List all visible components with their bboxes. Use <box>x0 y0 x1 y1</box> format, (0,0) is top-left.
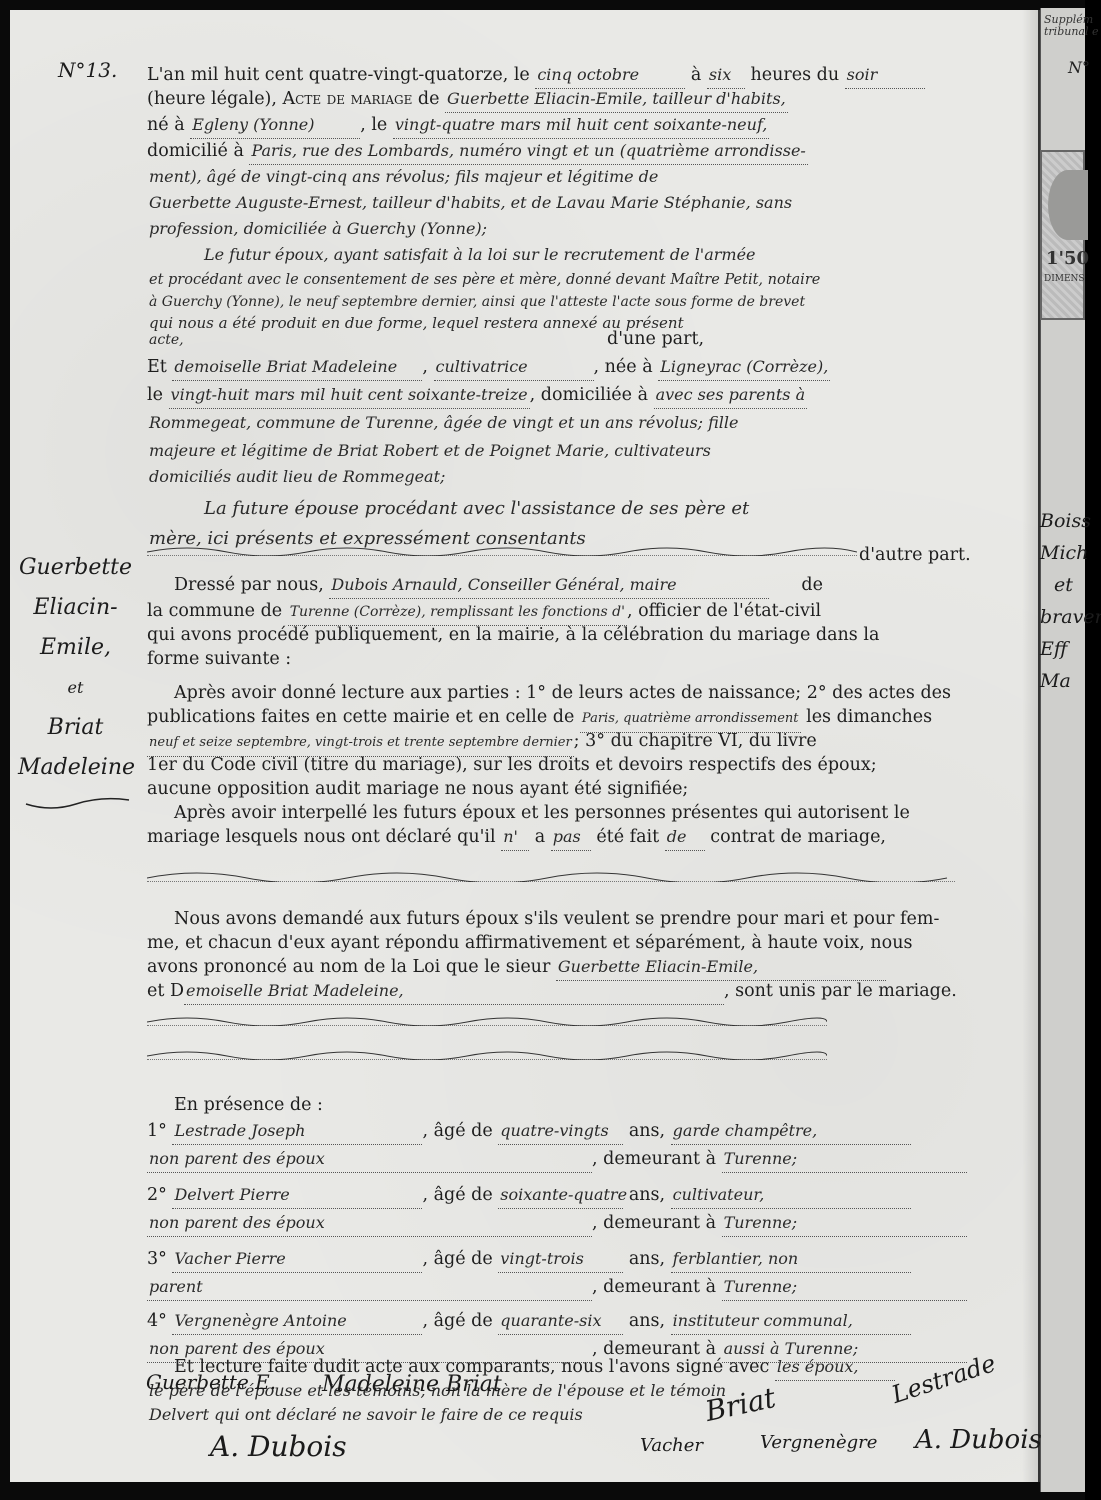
signature-mayor-2: A. Dubois <box>915 1425 1042 1455</box>
line-act-heading: (heure légale), Acte de mariage de Guerb… <box>147 86 788 112</box>
witness-residence: Turenne; <box>722 1274 967 1301</box>
line-printed: qui avons procédé publiquement, en la ma… <box>147 622 879 648</box>
printed-text: et D <box>147 981 184 1001</box>
margin-flourish <box>21 794 131 814</box>
field-bride-domicile: avec ses parents à <box>654 382 808 409</box>
witness-number: 1° <box>147 1121 167 1141</box>
handwritten-text: domiciliés audit lieu de Rommegeat; <box>147 464 447 490</box>
line-printed: me, et chacun d'eux ayant répondu affirm… <box>147 930 912 956</box>
field-contract-de: de <box>665 824 705 851</box>
printed-text: le <box>147 385 169 405</box>
act-number: N°13. <box>58 58 117 82</box>
stamp-label: DIMENS <box>1044 274 1085 284</box>
witness-row-2: non parent des époux, demeurant à Turenn… <box>147 1146 967 1172</box>
adjacent-note-line: Eff Ma <box>1040 633 1100 697</box>
filler-line <box>147 546 857 556</box>
printed-text: ; 3° du chapitre VI, du livre <box>574 731 817 751</box>
printed-text: Nous avons demandé aux futurs époux s'il… <box>174 909 939 929</box>
printed-text: qui avons procédé publiquement, en la ma… <box>147 625 879 645</box>
line-reading: Et lecture faite dudit acte aux comparan… <box>174 1354 895 1380</box>
printed-text: 1er du Code civil (titre du mariage), su… <box>147 755 877 775</box>
witness-row: 2° Delvert Pierre, âgé de soixante-quatr… <box>147 1182 911 1208</box>
line-handwritten: Rommegeat, commune de Turenne, âgée de v… <box>147 410 741 436</box>
act-title: Acte de mariage <box>283 89 413 109</box>
line-handwritten: ment), âgé de vingt-cinq ans révolus; fi… <box>147 164 660 190</box>
field-groom-birthdate: vingt-quatre mars mil huit cent soixante… <box>393 112 770 139</box>
line-handwritten: Delvert qui ont déclaré ne savoir le fai… <box>147 1402 585 1428</box>
line-publications: publications faites en cette mairie et e… <box>147 704 932 730</box>
line-printed: 1er du Code civil (titre du mariage), su… <box>147 752 877 778</box>
witness-occupation: instituteur communal, <box>671 1308 911 1335</box>
printed-text: été fait <box>591 827 665 847</box>
line-handwritten: majeure et légitime de Briat Robert et d… <box>147 438 713 464</box>
printed-text: ans, <box>623 1185 670 1205</box>
field-hour: six <box>707 62 745 89</box>
printed-text: , demeurant à <box>592 1149 722 1169</box>
margin-conjunction: et <box>18 668 133 708</box>
field-contract-neg: n' <box>501 824 529 851</box>
line-groom-domicile: domicilié à Paris, rue des Lombards, num… <box>147 138 808 164</box>
signature-mayor: A. Dubois <box>210 1430 347 1463</box>
signature-vacher: Vacher <box>640 1435 703 1456</box>
witness-occupation: cultivateur, <box>671 1182 911 1209</box>
handwritten-text: Delvert qui ont déclaré ne savoir le fai… <box>147 1402 585 1428</box>
stamp-value: 1'50 <box>1046 248 1089 269</box>
line-contract: mariage lesquels nous ont déclaré qu'il … <box>147 824 886 850</box>
printed-text: , âgé de <box>422 1185 498 1205</box>
margin-bride-surname: Briat <box>18 708 133 748</box>
line-handwritten: Guerbette Auguste-Ernest, tailleur d'hab… <box>147 190 794 216</box>
line-handwritten: profession, domiciliée à Guerchy (Yonne)… <box>147 216 489 242</box>
printed-text: forme suivante : <box>147 649 291 669</box>
witness-age: soixante-quatre <box>498 1182 623 1209</box>
field-contract-pas: pas <box>551 824 591 851</box>
line-handwritten: Le futur époux, ayant satisfait à la loi… <box>202 242 758 268</box>
witness-occupation: garde champêtre, <box>671 1118 911 1145</box>
line-groom-birth: né à Egleny (Yonne), le vingt-quatre mar… <box>147 112 769 138</box>
handwritten-text: qui nous a été produit en due forme, leq… <box>147 310 686 336</box>
line-printed: Après avoir interpellé les futurs époux … <box>174 800 910 826</box>
margin-groom-surname: Guerbette <box>18 548 133 588</box>
line-bride: Et demoiselle Briat Madeleine, cultivatr… <box>147 354 830 380</box>
handwritten-text: majeure et légitime de Briat Robert et d… <box>147 438 713 464</box>
printed-text: Dressé par nous, <box>174 575 329 595</box>
handwritten-text: Rommegeat, commune de Turenne, âgée de v… <box>147 410 741 436</box>
adjacent-page-text-1: Supplém <box>1044 14 1093 25</box>
printed-text: , demeurant à <box>592 1277 722 1297</box>
printed-text: ans, <box>623 1249 670 1269</box>
handwritten-text: profession, domiciliée à Guerchy (Yonne)… <box>147 216 489 242</box>
line-printed: Nous avons demandé aux futurs époux s'il… <box>174 906 939 932</box>
printed-text: , <box>422 357 433 377</box>
adjacent-act-number-label: N° <box>1068 58 1090 77</box>
field-union-bride: emoiselle Briat Madeleine, <box>184 978 724 1005</box>
witness-row: 3° Vacher Pierre, âgé de vingt-trois ans… <box>147 1246 911 1272</box>
witness-age: vingt-trois <box>498 1246 623 1273</box>
field-bride-name: demoiselle Briat Madeleine <box>172 354 422 381</box>
adjacent-margin-note: Boiss Mich et braven Eff Ma <box>1040 505 1100 697</box>
line-bride-birth: le vingt-huit mars mil huit cent soixant… <box>147 382 807 408</box>
witness-number: 3° <box>147 1249 167 1269</box>
witness-row: 4° Vergnenègre Antoine, âgé de quarante-… <box>147 1308 911 1334</box>
witness-age: quarante-six <box>498 1308 623 1335</box>
field-groom-domicile: Paris, rue des Lombards, numéro vingt et… <box>249 138 807 165</box>
printed-text: , domiciliée à <box>530 385 654 405</box>
line-union-groom: avons prononcé au nom de la Loi que le s… <box>147 954 886 980</box>
handwritten-text: La future épouse procédant avec l'assist… <box>202 496 751 522</box>
witness-relation: non parent des époux <box>147 1210 592 1237</box>
witness-residence: Turenne; <box>722 1146 967 1173</box>
field-groom-birthplace: Egleny (Yonne) <box>190 112 360 139</box>
adjacent-note-line: braven <box>1040 601 1100 633</box>
field-bride-birthdate: vingt-huit mars mil huit cent soixante-t… <box>169 382 530 409</box>
printed-text: avons prononcé au nom de la Loi que le s… <box>147 957 556 977</box>
witness-residence: Turenne; <box>722 1210 967 1237</box>
handwritten-text: ment), âgé de vingt-cinq ans révolus; fi… <box>147 164 660 190</box>
stamp-portrait-icon <box>1048 170 1088 240</box>
witness-occupation: ferblantier, non <box>671 1246 911 1273</box>
witness-relation: parent <box>147 1274 592 1301</box>
printed-text: , sont unis par le mariage. <box>724 981 957 1001</box>
field-time-of-day: soir <box>845 62 925 89</box>
printed-text: , âgé de <box>422 1249 498 1269</box>
printed-text: contrat de mariage, <box>705 827 886 847</box>
witness-name: Lestrade Joseph <box>172 1118 422 1145</box>
printed-text: publications faites en cette mairie et e… <box>147 707 580 727</box>
line-first-party-end-2: acte, d'une part, <box>147 326 186 352</box>
handwritten-text: Le futur époux, ayant satisfait à la loi… <box>202 242 758 268</box>
witness-name: Vacher Pierre <box>172 1246 422 1273</box>
adjacent-note-line: Boiss <box>1040 505 1100 537</box>
line-printed: aucune opposition audit mariage ne nous … <box>147 776 688 802</box>
line-printed: forme suivante : <box>147 646 291 672</box>
field-union-groom: Guerbette Eliacin-Emile, <box>556 954 886 981</box>
line-handwritten: domiciliés audit lieu de Rommegeat; <box>147 464 447 490</box>
printed-text: les dimanches <box>801 707 933 727</box>
printed-text: heures du <box>745 65 845 85</box>
witness-age: quatre-vingts <box>498 1118 623 1145</box>
printed-text: , le <box>360 115 393 135</box>
line-union-bride: et Demoiselle Briat Madeleine,, sont uni… <box>147 978 957 1004</box>
witness-number: 2° <box>147 1185 167 1205</box>
printed-text: , âgé de <box>422 1311 498 1331</box>
printed-text: de <box>412 89 445 109</box>
printed-text: à <box>685 65 707 85</box>
printed-text: mariage lesquels nous ont déclaré qu'il <box>147 827 501 847</box>
line-officiant: Dressé par nous, Dubois Arnauld, Conseil… <box>174 572 823 598</box>
page-gutter-shadow <box>1022 10 1040 1482</box>
handwritten-text: acte, <box>147 327 186 353</box>
line-publication-dates: neuf et seize septembre, vingt-trois et … <box>147 728 817 754</box>
printed-text: domicilié à <box>147 141 249 161</box>
printed-text: , née à <box>594 357 659 377</box>
line-printed: En présence de : <box>174 1092 323 1118</box>
printed-text: Et <box>147 357 172 377</box>
printed-text: aucune opposition audit mariage ne nous … <box>147 779 688 799</box>
line-handwritten: La future épouse procédant avec l'assist… <box>202 496 751 522</box>
adjacent-note-line: Mich <box>1040 537 1100 569</box>
field-groom-name: Guerbette Eliacin-Emile, tailleur d'habi… <box>445 86 788 113</box>
filler-line <box>147 1016 827 1026</box>
field-officiant: Dubois Arnauld, Conseiller Général, mair… <box>329 572 769 599</box>
field-bride-occupation: cultivatrice <box>434 354 594 381</box>
line-printed: Après avoir donné lecture aux parties : … <box>174 680 951 706</box>
printed-text: a <box>529 827 551 847</box>
printed-text: En présence de : <box>174 1095 323 1115</box>
filler-line <box>147 1050 827 1060</box>
printed-text: Après avoir interpellé les futurs époux … <box>174 803 910 823</box>
printed-text: né à <box>147 115 190 135</box>
margin-bride-given: Madeleine <box>18 748 133 788</box>
handwritten-text: Guerbette Auguste-Ernest, tailleur d'hab… <box>147 190 794 216</box>
line-first-party-end: qui nous a été produit en due forme, leq… <box>147 310 686 336</box>
printed-text: me, et chacun d'eux ayant répondu affirm… <box>147 933 912 953</box>
signature-bride: Madeleine Briat <box>322 1372 502 1397</box>
field-signatories: les époux, <box>775 1354 895 1381</box>
margin-groom-given-2: Emile, <box>18 628 133 668</box>
margin-groom-given-1: Eliacin- <box>18 588 133 628</box>
line-second-party-end: d'autre part. <box>859 542 971 568</box>
witness-name: Vergnenègre Antoine <box>172 1308 422 1335</box>
line-commune: la commune de Turenne (Corrèze), remplis… <box>147 598 821 624</box>
field-bride-birthplace: Ligneyrac (Corrèze), <box>658 354 830 381</box>
printed-text: ans, <box>623 1311 670 1331</box>
printed-text: d'une part, <box>607 326 704 352</box>
act-number-label: N° <box>58 58 86 82</box>
witness-name: Delvert Pierre <box>172 1182 422 1209</box>
printed-text: L'an mil huit cent quatre-vingt-quatorze… <box>147 65 535 85</box>
printed-text: , demeurant à <box>592 1213 722 1233</box>
printed-text: ans, <box>623 1121 670 1141</box>
printed-text: , âgé de <box>422 1121 498 1141</box>
field-date: cinq octobre <box>535 62 685 89</box>
witness-relation: non parent des époux <box>147 1146 592 1173</box>
act-number-value: 13 <box>86 58 111 82</box>
witness-number: 4° <box>147 1311 167 1331</box>
line-date: L'an mil huit cent quatre-vingt-quatorze… <box>147 62 925 88</box>
adjacent-page-text-2: tribunal e <box>1044 26 1099 37</box>
witness-row-2: parent, demeurant à Turenne; <box>147 1274 967 1300</box>
printed-text: , officier de l'état-civil <box>627 601 821 621</box>
witness-row: 1° Lestrade Joseph, âgé de quatre-vingts… <box>147 1118 911 1144</box>
printed-text: d'autre part. <box>859 545 971 565</box>
margin-spouse-names: Guerbette Eliacin- Emile, et Briat Madel… <box>18 548 133 828</box>
printed-text: de <box>801 575 823 595</box>
printed-text: la commune de <box>147 601 288 621</box>
signature-groom: Guerbette E. <box>146 1370 276 1394</box>
fiscal-stamp: 1'50 DIMENS <box>1040 150 1085 320</box>
signature-vergnenegre: Vergnenègre <box>760 1432 877 1453</box>
filler-line <box>147 872 955 882</box>
printed-text: (heure légale), <box>147 89 283 109</box>
witness-row-2: non parent des époux, demeurant à Turenn… <box>147 1210 967 1236</box>
adjacent-note-line: et <box>1040 569 1100 601</box>
printed-text: Après avoir donné lecture aux parties : … <box>174 683 951 703</box>
